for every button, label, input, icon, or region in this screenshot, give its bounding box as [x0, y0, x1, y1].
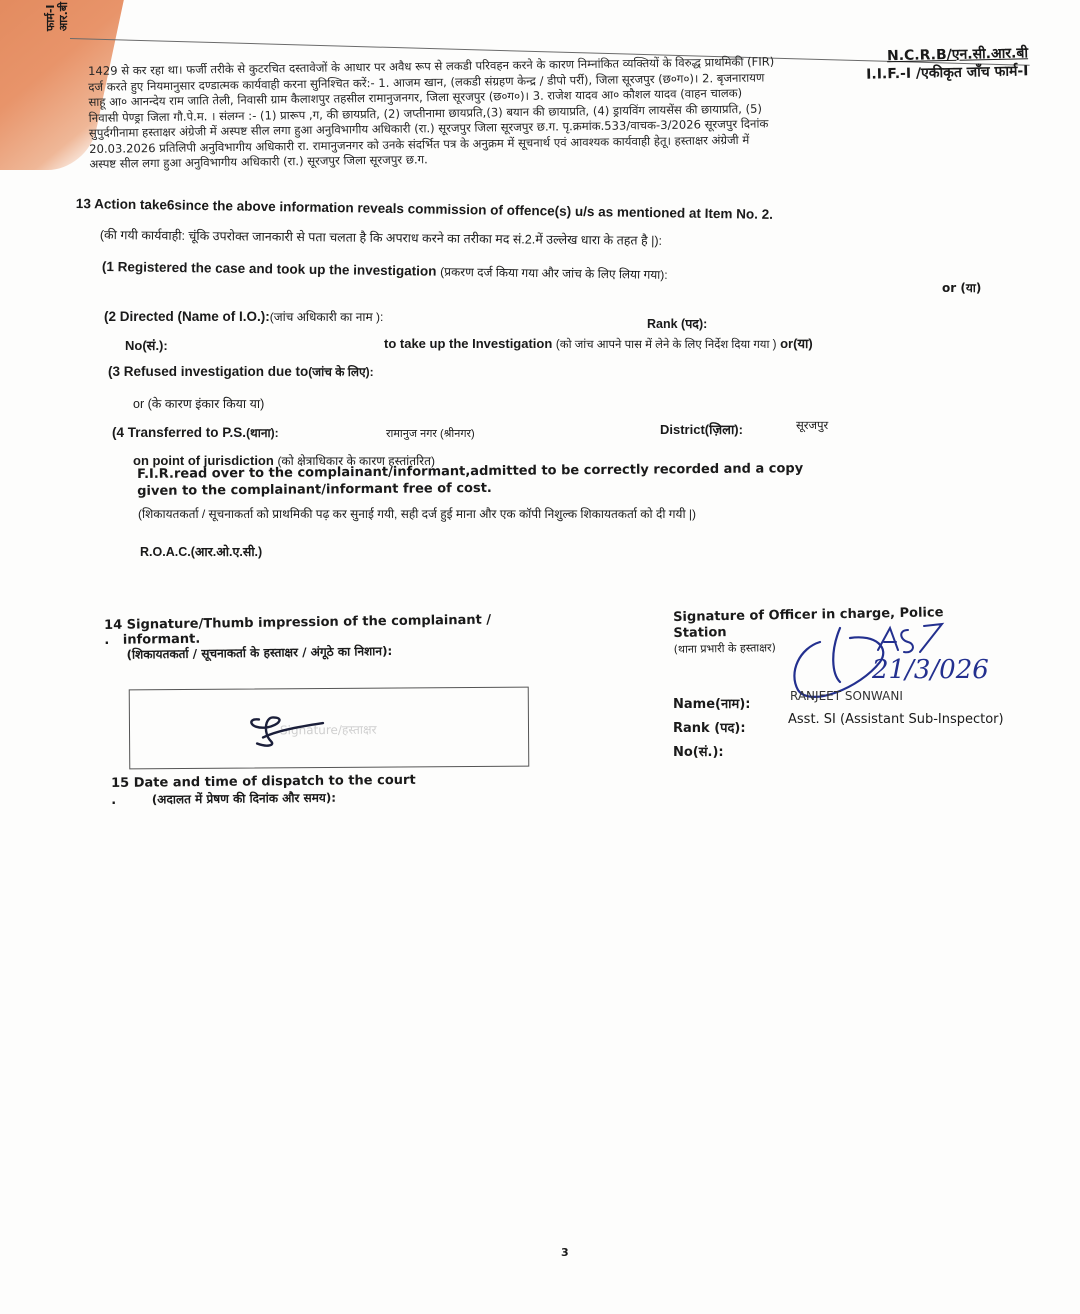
transferred-ps-value: रामानुज नगर (श्रीनगर) — [386, 426, 475, 441]
fir-read-hindi: (शिकायतकर्ता / सूचनाकर्ता को प्राथमिकी प… — [138, 505, 696, 522]
officer-rank-value: Asst. SI (Assistant Sub-Inspector) — [788, 712, 1004, 727]
officer-name-value: RANJEET SONWANI — [790, 689, 903, 703]
item-1-registered: (1 Registered the case and took up the i… — [102, 258, 668, 283]
corner-tab-label: फार्म-I आर.बी — [44, 2, 70, 31]
officer-rank-label: Rank (पद): — [673, 718, 746, 736]
item-2-no-label: No(सं.): — [125, 336, 168, 354]
officer-handwritten-date: 21/3/026 — [871, 655, 989, 685]
complainant-signature-ink — [245, 713, 365, 754]
page-number: 3 — [561, 1246, 569, 1259]
district-value: सूरजपुर — [796, 418, 828, 433]
item-4-transferred: (4 Transferred to P.S.(थाना): — [112, 424, 279, 441]
item-2-take-up: to take up the Investigation (को जांच आप… — [384, 334, 813, 352]
officer-name-label: Name(नाम): — [673, 694, 750, 712]
item-1-or: or (या) — [942, 279, 981, 296]
district-label: District(ज़िला): — [660, 420, 743, 438]
officer-no-label: No(सं.): — [673, 742, 724, 760]
section-13-heading: 13 Action take6since the above informati… — [76, 196, 773, 222]
fir-read-statement: F.I.R.read over to the complainant/infor… — [137, 460, 803, 500]
continuation-paragraph: 1429 से कर रहा था। फर्जी तरीके से कुटरचि… — [88, 52, 929, 172]
item-3-or-line: or (के कारण इंकार किया या) — [133, 395, 264, 412]
section-15-heading: 15 Date and time of dispatch to the cour… — [111, 773, 416, 809]
item-2-directed: (2 Directed (Name of I.O.):(जांच अधिकारी… — [104, 308, 383, 325]
section-13-hindi: (की गयी कार्यवाही: चूंकि उपरोक्त जानकारी… — [100, 226, 662, 249]
item-2-rank-label: Rank (पद): — [647, 315, 707, 332]
fir-document-page: फार्म-I आर.बी N.C.R.B/एन.सी.आर.बी I.I.F.… — [0, 0, 1080, 1314]
complainant-signature-box: Signature/हस्ताक्षर — [129, 687, 530, 770]
roac-label: R.O.A.C.(आर.ओ.ए.सी.) — [140, 543, 262, 560]
section-14-heading: 14 Signature/Thumb impression of the com… — [104, 613, 492, 663]
item-3-refused: (3 Refused investigation due to(जांच के … — [108, 363, 374, 380]
